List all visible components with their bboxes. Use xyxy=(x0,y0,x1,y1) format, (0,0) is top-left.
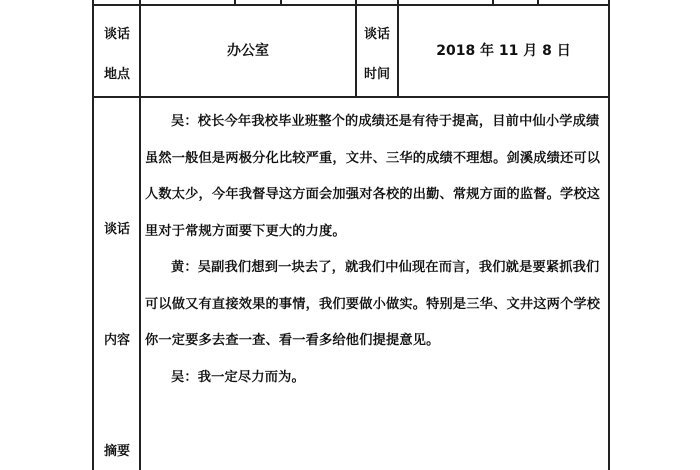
location-value: 办公室 xyxy=(141,40,355,60)
time-label-left-divider xyxy=(355,0,357,98)
location-label-line2: 地点 xyxy=(100,63,134,82)
content-label-line1: 谈话 xyxy=(100,218,134,237)
top-row-divider xyxy=(492,0,494,5)
table-top-row-bottom-border xyxy=(92,4,610,6)
table-right-border xyxy=(608,0,610,470)
time-label-line2: 时间 xyxy=(358,63,396,82)
paragraph: 黄：吴副我们想到一块去了，就我们中仙现在而言，我们就是要紧抓我们可以做又有直接效… xyxy=(145,250,603,360)
top-row-divider xyxy=(234,0,236,5)
content-label-line3: 摘要 xyxy=(100,440,134,459)
top-row-divider xyxy=(280,0,282,5)
content-label-line2: 内容 xyxy=(100,329,134,348)
time-value: 2018 年 11 月 8 日 xyxy=(399,40,608,60)
paragraph: 吴：校长今年我校毕业班整个的成绩还是有待于提高，目前中仙小学成绩虽然一般但是两极… xyxy=(145,104,603,250)
table-left-border xyxy=(92,0,94,470)
top-row-divider xyxy=(537,0,539,5)
location-label-line1: 谈话 xyxy=(100,23,134,42)
table-row-divider xyxy=(92,96,610,98)
label-column-divider xyxy=(139,0,141,470)
conversation-summary: 吴：校长今年我校毕业班整个的成绩还是有待于提高，目前中仙小学成绩虽然一般但是两极… xyxy=(145,104,603,396)
time-label-line1: 谈话 xyxy=(358,23,396,42)
paragraph: 吴：我一定尽力而为。 xyxy=(145,360,603,397)
